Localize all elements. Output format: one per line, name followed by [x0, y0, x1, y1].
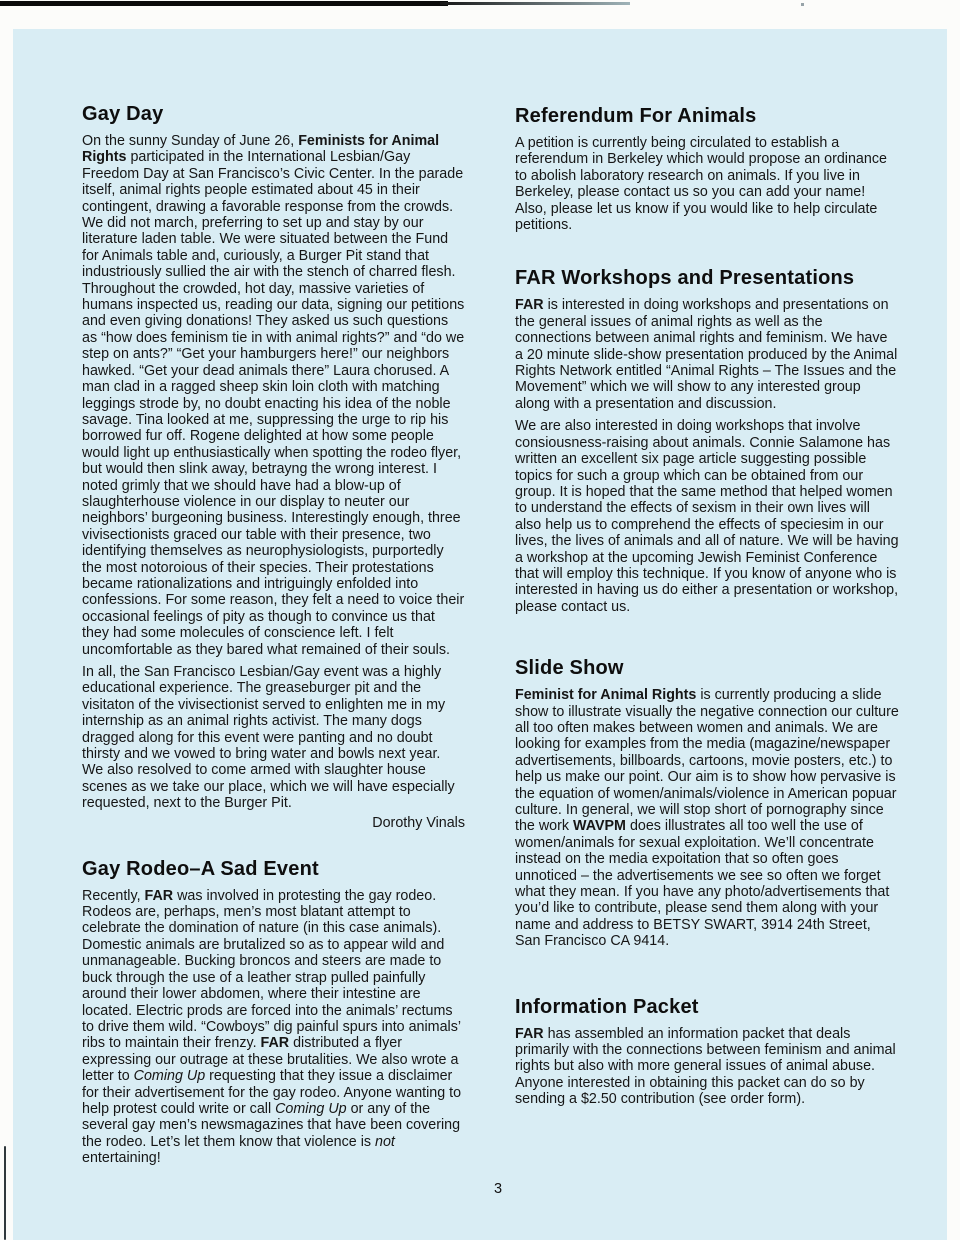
article-title: Slide Show: [515, 657, 899, 680]
article-gay-day: Gay Day On the sunny Sunday of June 26, …: [82, 103, 465, 831]
paragraph: FAR is interested in doing workshops and…: [515, 297, 899, 412]
article-body: A petition is currently being circulated…: [515, 135, 899, 233]
scan-artifact-left-edge-line: [4, 1146, 6, 1240]
paragraph: In all, the San Francisco Lesbian/Gay ev…: [82, 664, 465, 812]
article-title: FAR Workshops and Presentations: [515, 267, 899, 290]
paragraph: FAR has assembled an information packet …: [515, 1026, 899, 1108]
scan-artifact-speck: [801, 3, 804, 6]
paragraph: We are also interested in doing workshop…: [515, 418, 899, 615]
article-body: On the sunny Sunday of June 26, Feminist…: [82, 133, 465, 812]
article-far-workshops: FAR Workshops and Presentations FAR is i…: [515, 267, 899, 615]
article-referendum: Referendum For Animals A petition is cur…: [515, 105, 899, 233]
article-gay-rodeo: Gay Rodeo–A Sad Event Recently, FAR was …: [82, 858, 465, 1167]
article-title: Information Packet: [515, 996, 899, 1019]
article-body: FAR is interested in doing workshops and…: [515, 297, 899, 615]
paragraph: On the sunny Sunday of June 26, Feminist…: [82, 133, 465, 658]
article-body: Feminist for Animal Rights is currently …: [515, 687, 899, 950]
article-title: Gay Day: [82, 103, 465, 126]
left-column: Gay Day On the sunny Sunday of June 26, …: [82, 103, 465, 1167]
paper-sheet: Gay Day On the sunny Sunday of June 26, …: [13, 29, 947, 1240]
article-information-packet: Information Packet FAR has assembled an …: [515, 996, 899, 1108]
paragraph: Feminist for Animal Rights is currently …: [515, 687, 899, 950]
article-body: Recently, FAR was involved in protesting…: [82, 888, 465, 1167]
right-column: Referendum For Animals A petition is cur…: [515, 105, 899, 1108]
article-byline: Dorothy Vinals: [82, 815, 465, 831]
page-number: 3: [468, 1181, 528, 1197]
article-body: FAR has assembled an information packet …: [515, 1026, 899, 1108]
paragraph: A petition is currently being circulated…: [515, 135, 899, 233]
article-title: Referendum For Animals: [515, 105, 899, 128]
scan-artifact-top-line-thick: [0, 1, 448, 6]
scan-artifact-top-line-thin: [440, 2, 630, 5]
paragraph: Recently, FAR was involved in protesting…: [82, 888, 465, 1167]
article-title: Gay Rodeo–A Sad Event: [82, 858, 465, 881]
article-slide-show: Slide Show Feminist for Animal Rights is…: [515, 657, 899, 950]
